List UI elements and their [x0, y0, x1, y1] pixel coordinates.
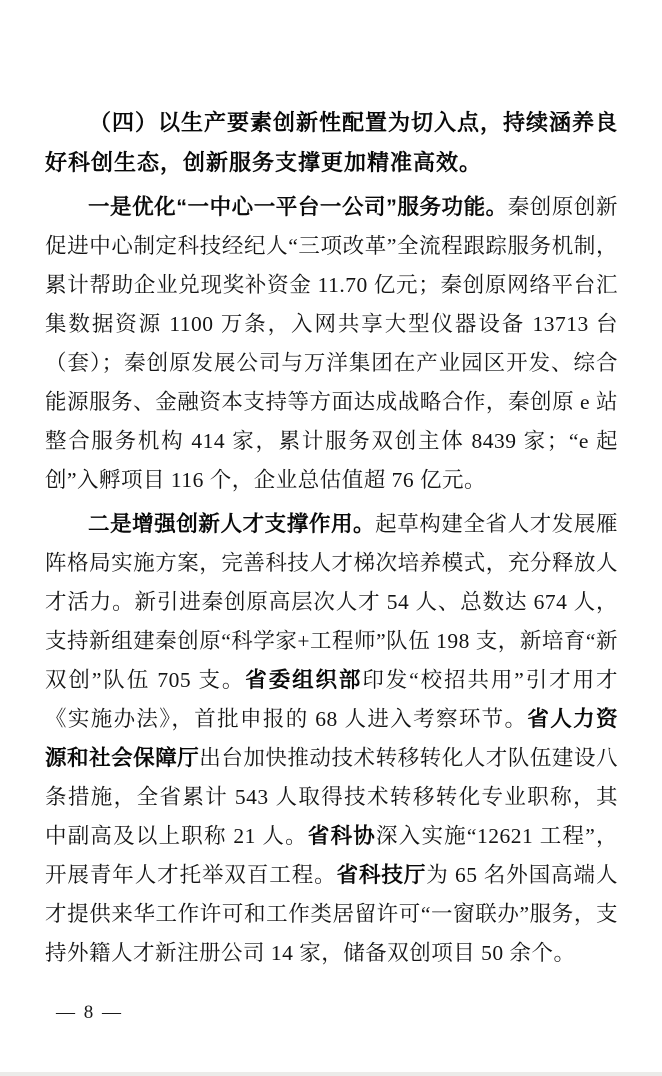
bold-run: 省科技厅: [337, 863, 427, 887]
page-number: — 8 —: [56, 1002, 123, 1024]
bold-run: 省委组织部: [245, 668, 362, 692]
section-heading: （四）以生产要素创新性配置为切入点，持续涵养良好科创生态，创新服务支撑更加精准高…: [45, 103, 618, 183]
bold-run: 二是增强创新人才支撑作用。: [88, 512, 375, 536]
document-page: （四）以生产要素创新性配置为切入点，持续涵养良好科创生态，创新服务支撑更加精准高…: [0, 0, 662, 1076]
text-run: 起草构建全省人才发展雁阵格局实施方案，完善科技人才梯次培养模式，充分释放人才活力…: [45, 512, 618, 692]
bold-run: 一是优化“一中心一平台一公司”服务功能。: [88, 195, 508, 219]
scan-edge-shadow: [0, 1072, 662, 1076]
bold-run: 省科协: [308, 824, 376, 848]
paragraph-service-function: 一是优化“一中心一平台一公司”服务功能。秦创原创新促进中心制定科技经纪人“三项改…: [45, 188, 618, 500]
text-run: 秦创原创新促进中心制定科技经纪人“三项改革”全流程跟踪服务机制，累计帮助企业兑现…: [45, 195, 618, 492]
paragraph-talent-support: 二是增强创新人才支撑作用。起草构建全省人才发展雁阵格局实施方案，完善科技人才梯次…: [45, 505, 618, 973]
